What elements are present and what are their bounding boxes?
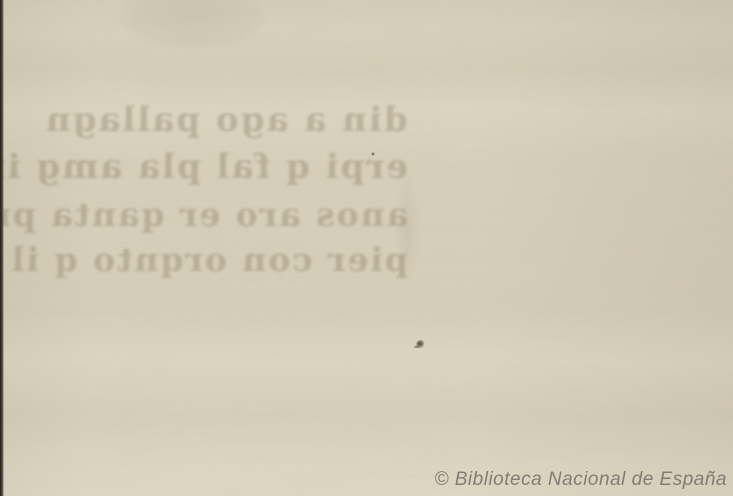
- show-through-smudge: [396, 170, 418, 285]
- ink-speck-small: [371, 152, 375, 156]
- scan-edge-shadow: [0, 0, 4, 496]
- copyright-watermark: © Biblioteca Nacional de España: [434, 469, 727, 491]
- paper-texture: [0, 0, 733, 496]
- scanned-page: din a ago pallagn erpi q fal pla amg in …: [0, 0, 733, 496]
